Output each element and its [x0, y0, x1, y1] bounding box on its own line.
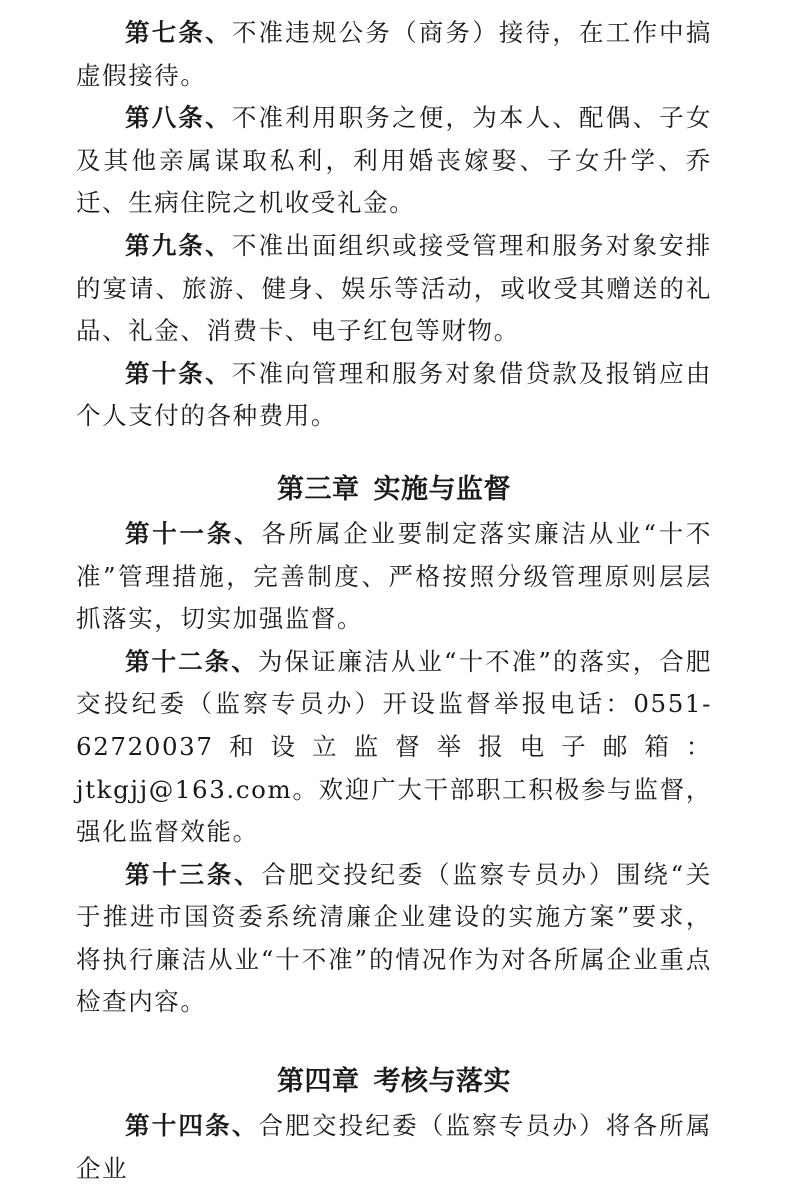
- chapter-4-heading: 第四章考核与落实: [76, 1062, 712, 1102]
- chapter-title: 考核与落实: [374, 1066, 512, 1097]
- article-9: 第九条、不准出面组织或接受管理和服务对象安排的宴请、旅游、健身、娱乐等活动，或收…: [76, 225, 712, 353]
- article-number: 第九条、: [125, 231, 232, 260]
- page-number: 3: [0, 1116, 800, 1131]
- article-number: 第八条、: [125, 103, 232, 132]
- article-number: 第七条、: [125, 18, 232, 47]
- chapter-number: 第四章: [277, 1066, 360, 1097]
- article-text: 为保证廉洁从业“十不准”的落实，合肥交投纪委（监察专员办）开设监督举报电话：05…: [76, 647, 712, 846]
- article-7: 第七条、不准违规公务（商务）接待，在工作中搞虚假接待。: [76, 12, 712, 97]
- article-number: 第十二条、: [125, 647, 258, 676]
- article-number: 第十三条、: [125, 860, 261, 889]
- chapter-title: 实施与监督: [374, 474, 512, 505]
- article-number: 第十一条、: [125, 519, 261, 548]
- article-13: 第十三条、合肥交投纪委（监察专员办）围绕“关于推进市国资委系统清廉企业建设的实施…: [76, 854, 712, 1024]
- article-10: 第十条、不准向管理和服务对象借贷款及报销应由个人支付的各种费用。: [76, 353, 712, 438]
- article-11: 第十一条、各所属企业要制定落实廉洁从业“十不准”管理措施，完善制度、严格按照分级…: [76, 513, 712, 641]
- document-page: 第七条、不准违规公务（商务）接待，在工作中搞虚假接待。 第八条、不准利用职务之便…: [76, 12, 712, 1187]
- article-number: 第十条、: [125, 359, 232, 388]
- article-12: 第十二条、为保证廉洁从业“十不准”的落实，合肥交投纪委（监察专员办）开设监督举报…: [76, 641, 712, 854]
- chapter-3-heading: 第三章实施与监督: [76, 470, 712, 510]
- chapter-number: 第三章: [277, 474, 360, 505]
- article-8: 第八条、不准利用职务之便，为本人、配偶、子女及其他亲属谋取私利，利用婚丧嫁娶、子…: [76, 97, 712, 225]
